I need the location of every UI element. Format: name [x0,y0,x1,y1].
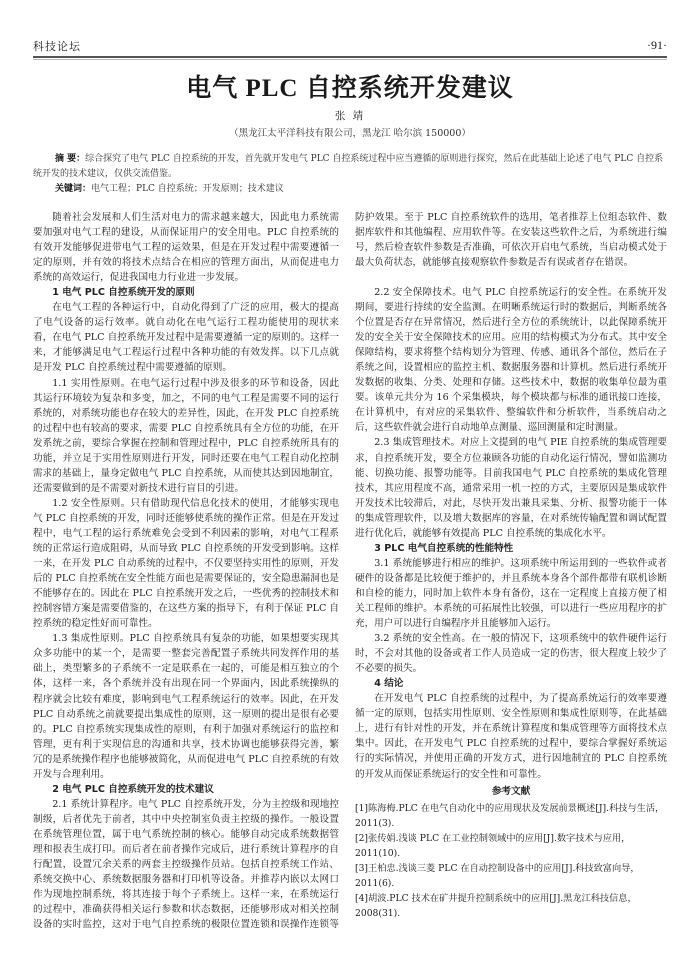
section-2-1-continued: 防护效果。至于 PLC 自控系统软件的选用，笔者推荐上位组态软件、数据库软件和其… [355,210,667,285]
references-heading: 参考文献 [355,784,667,800]
section-2-1-tail: 防护效果。至于 PLC 自控系统软件的选用，笔者推荐上位组态软件、数据库软件和其… [355,212,667,268]
section-1-3: 1.3 集成性原则。PLC 自控系统具有复杂的功能，如果想要实现其众多功能中的某… [33,631,339,781]
reference-item: [2]张传娟.浅谈 PLC 在工业控制领域中的应用[J].数字技术与应用，201… [355,831,667,861]
section-3-1: 3.1 系统能够进行相应的维护。这项系统中所运用到的一些软件或者硬件的设备都是比… [355,556,667,631]
section-4-text: 在开发电气 PLC 自控系统的过程中，为了提高系统运行的效率要遵循一定的原则，包… [355,691,667,781]
section-3-heading: 3 PLC 电气自控系统的性能特性 [355,541,667,556]
keywords: 关键词：电气工程；PLC 自控系统；开发原则；技术建议 [33,182,667,197]
right-column: 防护效果。至于 PLC 自控系统软件的选用，笔者推荐上位组态软件、数据库软件和其… [355,210,667,921]
page-number: ·91· [647,38,667,53]
abstract-block: 摘 要：综合探究了电气 PLC 自控系统的开发，首先就开发电气 PLC 自控系统… [33,152,667,197]
section-2-3: 2.3 集成管理技术。对应上文提到的电气 PIE 自控系统的集成管理要求，自控系… [355,435,667,540]
keywords-label: 关键词： [55,184,91,194]
reference-item: [1]陈海梅.PLC 在电气自动化中的应用现状及发展前景概述[J].科技与生活，… [355,801,667,831]
section-2-1: 2.1 系统计算程序。电气 PLC 自控系统开发，分为主控级和现地控制级，后者优… [33,797,339,933]
reference-item: [4]胡波.PLC 技术在矿井提升控制系统中的应用[J].黑龙江科技信息，200… [355,891,667,921]
section-1-2: 1.2 安全性原则。只有借助现代信息化技术的使用，才能够实现电气 PLC 自控系… [33,496,339,631]
left-column: 随着社会发展和人们生活对电力的需求越来越大，因此电力系统需要加强对电气工程的建设… [33,210,339,933]
section-1-intro: 在电气工程的各种运行中，自动化得到了广泛的应用，极大的提高了电气设备的运行效率。… [33,300,339,375]
header-rule-thin [33,59,667,60]
header-rule [33,56,667,58]
section-1-1: 1.1 实用性原则。在电气运行过程中涉及很多的环节和设备，因此其运行环境较为复杂… [33,376,339,496]
article-title: 电气 PLC 自控系统开发建议 [0,68,700,104]
section-1-heading: 1 电气 PLC 自控系统开发的原则 [33,285,339,300]
journal-name: 科技论坛 [33,38,81,54]
section-2-2: 2.2 安全保障技术。电气 PLC 自控系统运行的安全性。在系统开发期间，要进行… [355,285,667,435]
section-3-2: 3.2 系统的安全性高。在一般的情况下，这项系统中的软件硬件运行时，不会对其他的… [355,631,667,676]
running-head: 科技论坛 ·91· [33,38,667,56]
abstract-label: 摘 要： [55,154,85,164]
section-2-heading: 2 电气 PLC 自控系统开发的技术建议 [33,782,339,797]
section-4-heading: 4 结论 [355,676,667,691]
intro-paragraph: 随着社会发展和人们生活对电力的需求越来越大，因此电力系统需要加强对电气工程的建设… [33,210,339,285]
article-author: 张 靖 [0,108,700,123]
abstract-text: 综合探究了电气 PLC 自控系统的开发，首先就开发电气 PLC 自控系统过程中应… [33,154,663,179]
abstract: 摘 要：综合探究了电气 PLC 自控系统的开发，首先就开发电气 PLC 自控系统… [33,152,667,182]
keywords-text: 电气工程；PLC 自控系统；开发原则；技术建议 [91,184,284,194]
author-affiliation: （黑龙江太平洋科技有限公司，黑龙江 哈尔滨 150000） [0,125,700,139]
reference-item: [3]王柏忠.浅谈三菱 PLC 在自动控制设备中的应用[J].科技致富向导，20… [355,861,667,891]
